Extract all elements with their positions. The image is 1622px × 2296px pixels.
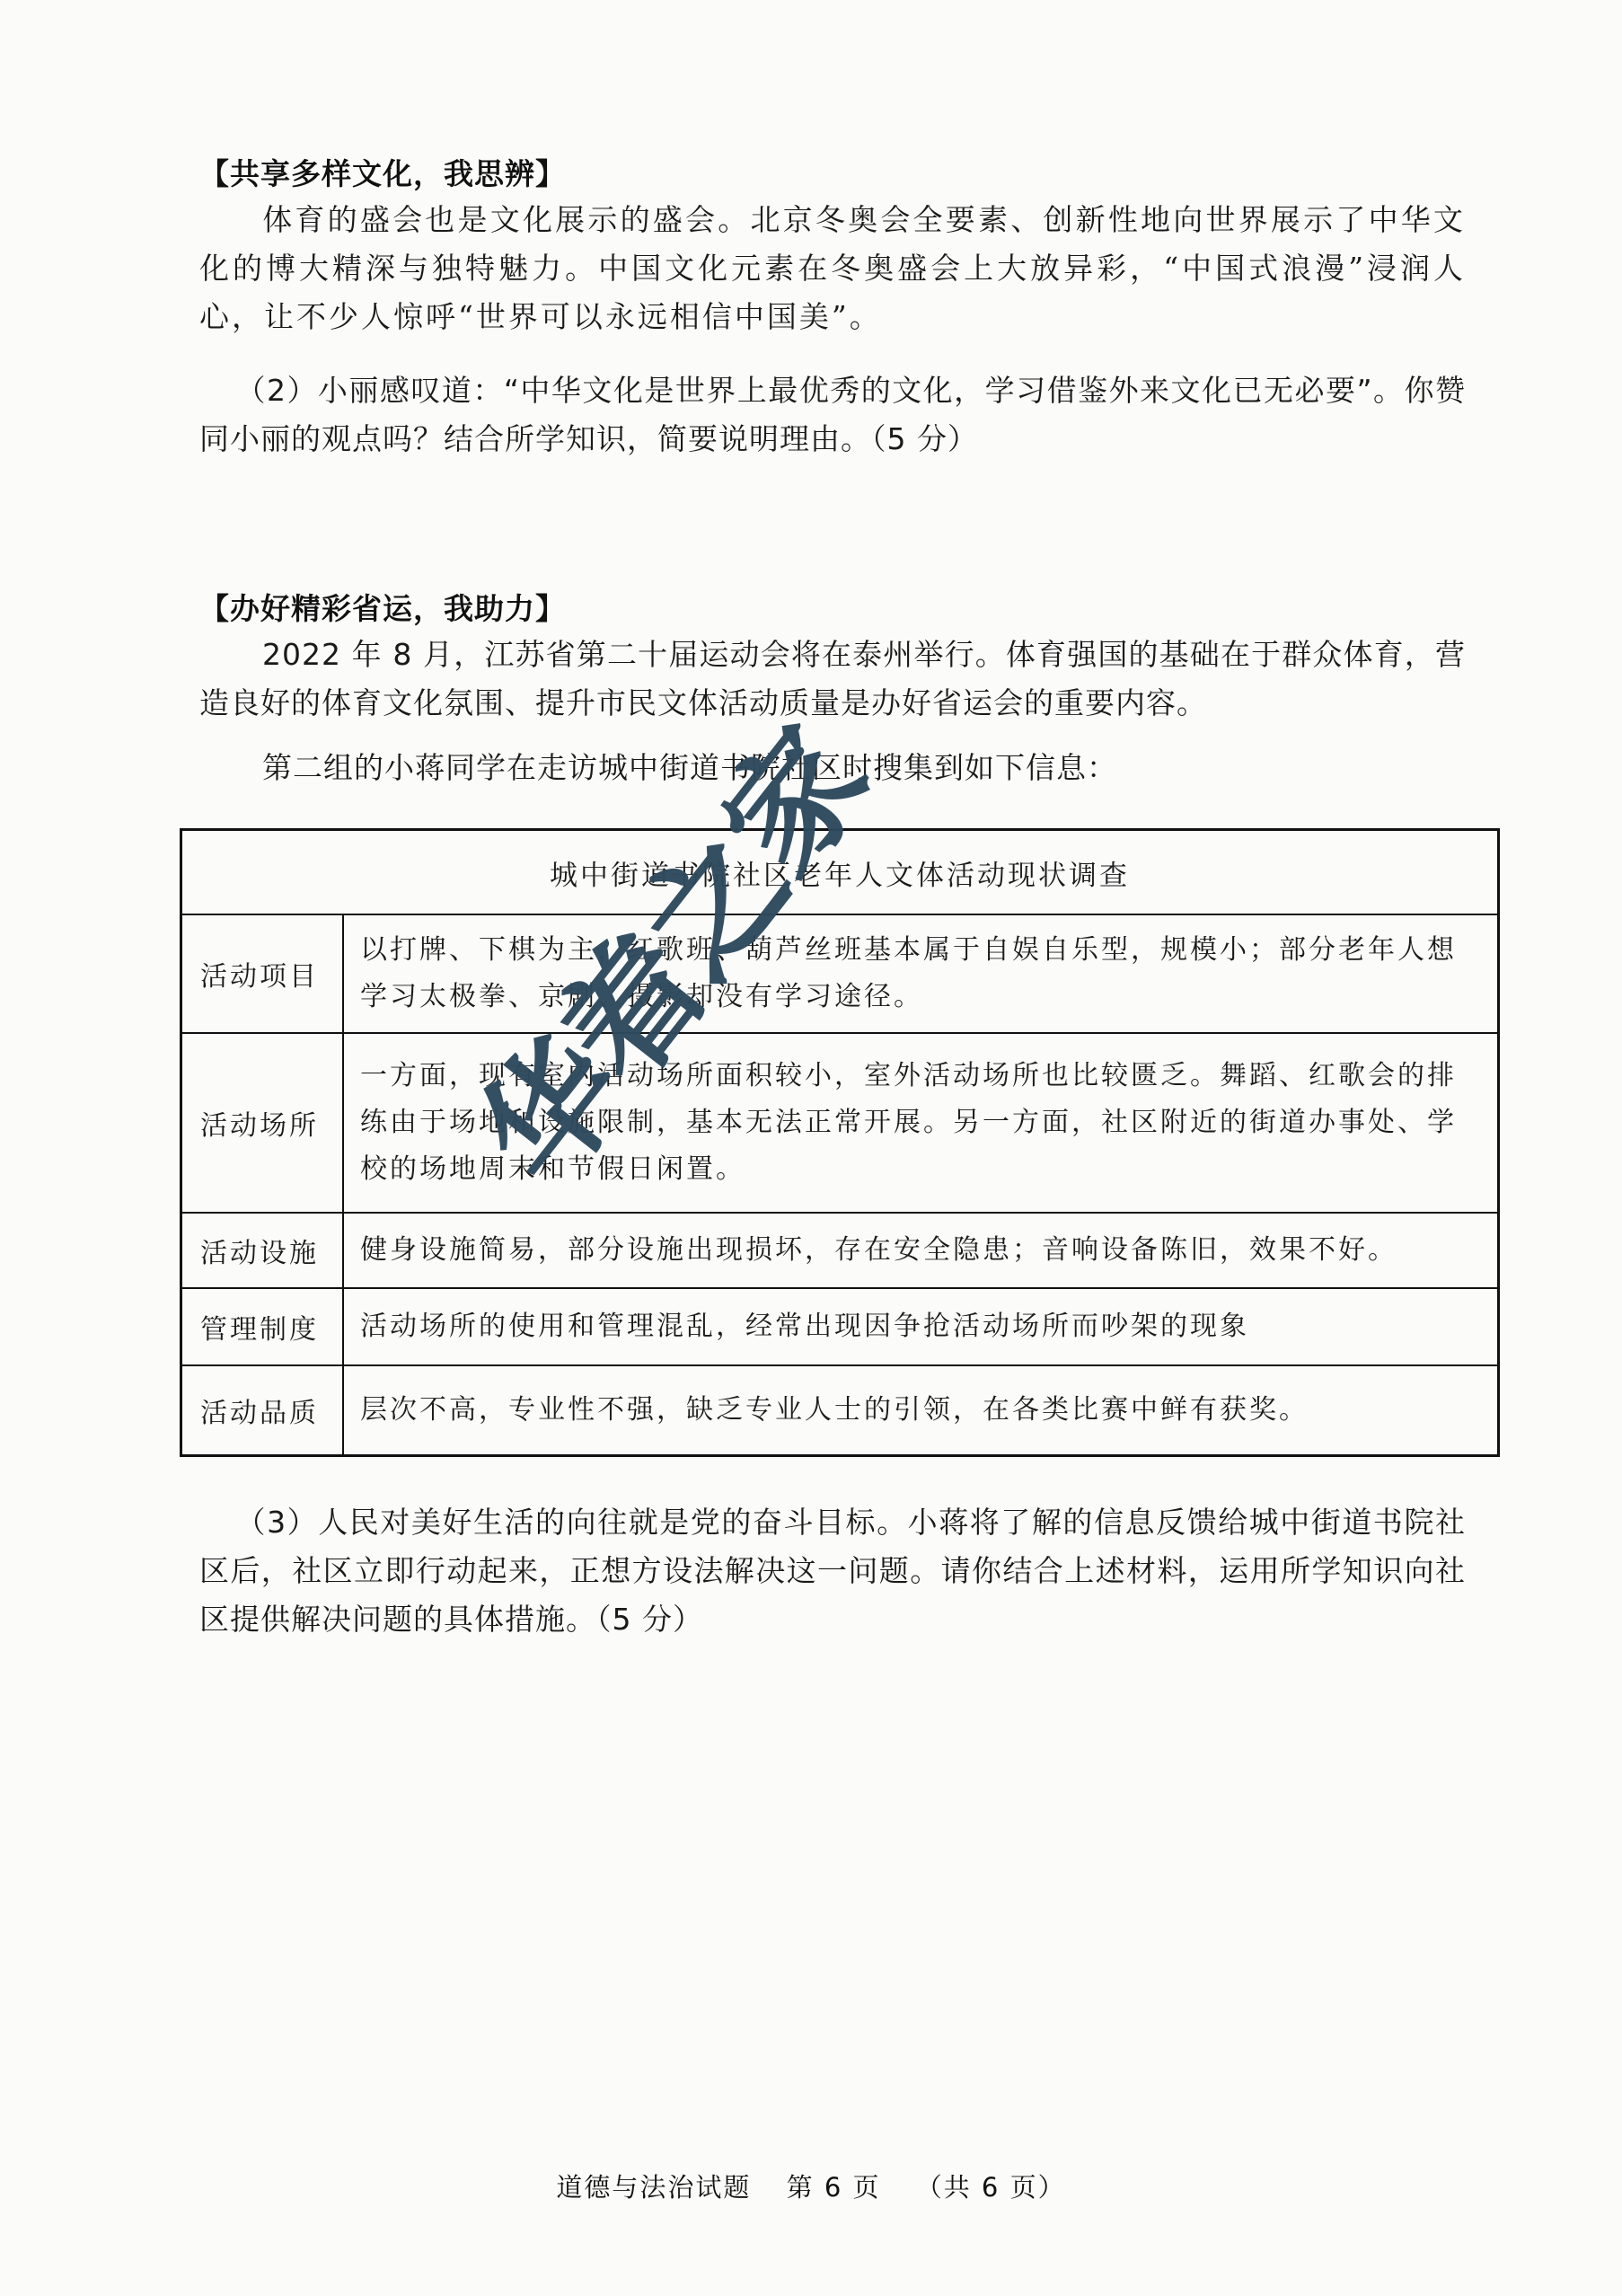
row-content: 健身设施简易，部分设施出现损坏，存在安全隐患；音响设备陈旧，效果不好。 — [343, 1213, 1499, 1288]
table-row: 活动场所 一方面，现有室内活动场所面积较小，室外活动场所也比较匮乏。舞蹈、红歌会… — [181, 1033, 1499, 1213]
row-label: 管理制度 — [181, 1288, 344, 1365]
table-row: 活动设施 健身设施简易，部分设施出现损坏，存在安全隐患；音响设备陈旧，效果不好。 — [181, 1213, 1499, 1288]
question-text: （2）小丽感叹道：“中华文化是世界上最优秀的文化，学习借鉴外来文化已无必要”。你… — [199, 373, 1466, 456]
footer-subject: 道德与法治试题 — [556, 2172, 751, 2203]
row-content: 一方面，现有室内活动场所面积较小，室外活动场所也比较匮乏。舞蹈、红歌会的排练由于… — [343, 1033, 1499, 1213]
section-title-culture: 【共享多样文化，我思辨】 — [199, 151, 566, 193]
section-title-games: 【办好精彩省运，我助力】 — [199, 586, 566, 628]
table-row: 管理制度 活动场所的使用和管理混乱，经常出现因争抢活动场所而吵架的现象 — [181, 1288, 1499, 1365]
footer-total-pages: （共 6 页） — [916, 2172, 1066, 2203]
row-label: 活动设施 — [181, 1213, 344, 1288]
footer-page-number: 第 6 页 — [787, 2172, 881, 2203]
survey-table: 城中街道书院社区老年人文体活动现状调查 活动项目 以打牌、下棋为主，红歌班、葫芦… — [180, 828, 1500, 1457]
exam-page: 【共享多样文化，我思辨】 体育的盛会也是文化展示的盛会。北京冬奥会全要素、创新性… — [0, 0, 1622, 2296]
page-footer: 道德与法治试题 第 6 页 （共 6 页） — [0, 2168, 1622, 2204]
paragraph-culture-material: 体育的盛会也是文化展示的盛会。北京冬奥会全要素、创新性地向世界展示了中华文化的博… — [199, 196, 1466, 341]
row-label: 活动品质 — [181, 1365, 344, 1455]
question-3: （3）人民对美好生活的向往就是党的奋斗目标。小蒋将了解的信息反馈给城中街道书院社… — [199, 1498, 1466, 1644]
table-row: 活动品质 层次不高，专业性不强，缺乏专业人士的引领，在各类比赛中鲜有获奖。 — [181, 1365, 1499, 1455]
question-text: （3）人民对美好生活的向往就是党的奋斗目标。小蒋将了解的信息反馈给城中街道书院社… — [199, 1505, 1466, 1637]
table-row: 活动项目 以打牌、下棋为主，红歌班、葫芦丝班基本属于自娱自乐型，规模小；部分老年… — [181, 914, 1499, 1033]
table-caption-text: 城中街道书院社区老年人文体活动现状调查 — [550, 860, 1130, 892]
table-caption: 城中街道书院社区老年人文体活动现状调查 — [181, 830, 1499, 915]
paragraph-text: 体育的盛会也是文化展示的盛会。北京冬奥会全要素、创新性地向世界展示了中华文化的博… — [199, 202, 1466, 334]
row-content: 活动场所的使用和管理混乱，经常出现因争抢活动场所而吵架的现象 — [343, 1288, 1499, 1365]
paragraph-survey-intro: 第二组的小蒋同学在走访城中街道书院社区时搜集到如下信息： — [199, 744, 1466, 792]
question-2: （2）小丽感叹道：“中华文化是世界上最优秀的文化，学习借鉴外来文化已无必要”。你… — [199, 366, 1466, 464]
row-content: 以打牌、下棋为主，红歌班、葫芦丝班基本属于自娱自乐型，规模小；部分老年人想学习太… — [343, 914, 1499, 1033]
row-content: 层次不高，专业性不强，缺乏专业人士的引领，在各类比赛中鲜有获奖。 — [343, 1365, 1499, 1455]
paragraph-text: 第二组的小蒋同学在走访城中街道书院社区时搜集到如下信息： — [262, 750, 1117, 785]
paragraph-text: 2022 年 8 月，江苏省第二十届运动会将在泰州举行。体育强国的基础在于群众体… — [199, 637, 1466, 720]
row-label: 活动项目 — [181, 914, 344, 1033]
paragraph-games-material: 2022 年 8 月，江苏省第二十届运动会将在泰州举行。体育强国的基础在于群众体… — [199, 631, 1466, 728]
row-label: 活动场所 — [181, 1033, 344, 1213]
